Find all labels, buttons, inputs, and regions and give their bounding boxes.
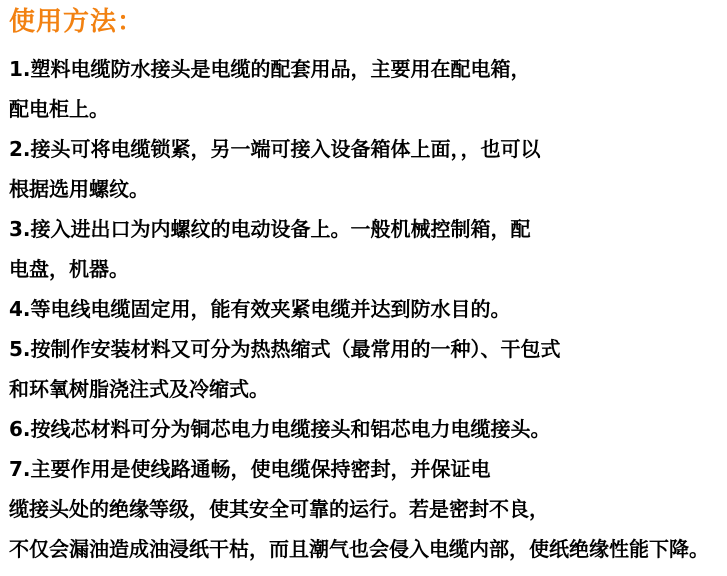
text-line: 7.主要作用是使线路通畅，使电缆保持密封，并保证电 [9, 447, 727, 487]
body-text: 1.塑料电缆防水接头是电缆的配套用品，主要用在配电箱，配电柜上。2.接头可将电缆… [0, 47, 727, 567]
text-line: 缆接头处的绝缘等级，使其安全可靠的运行。若是密封不良， [9, 487, 727, 527]
text-line: 不仅会漏油造成油浸纸干枯，而且潮气也会侵入电缆内部，使纸绝缘性能下降。 [9, 527, 727, 567]
text-line: 6.按线芯材料可分为铜芯电力电缆接头和铝芯电力电缆接头。 [9, 407, 727, 447]
usage-instructions-document: 使用方法： 1.塑料电缆防水接头是电缆的配套用品，主要用在配电箱，配电柜上。2.… [0, 0, 727, 576]
text-line: 和环氧树脂浇注式及冷缩式。 [9, 367, 727, 407]
text-line: 根据选用螺纹。 [9, 167, 727, 207]
text-line: 配电柜上。 [9, 87, 727, 127]
text-line: 5.按制作安装材料又可分为热热缩式（最常用的一种）、干包式 [9, 327, 727, 367]
text-line: 1.塑料电缆防水接头是电缆的配套用品，主要用在配电箱， [9, 47, 727, 87]
section-title: 使用方法： [0, 0, 727, 37]
text-line: 4.等电线电缆固定用，能有效夹紧电缆并达到防水目的。 [9, 287, 727, 327]
text-line: 2.接头可将电缆锁紧，另一端可接入设备箱体上面，，也可以 [9, 127, 727, 167]
text-line: 3.接入进出口为内螺纹的电动设备上。一般机械控制箱，配 [9, 207, 727, 247]
text-line: 电盘，机器。 [9, 247, 727, 287]
